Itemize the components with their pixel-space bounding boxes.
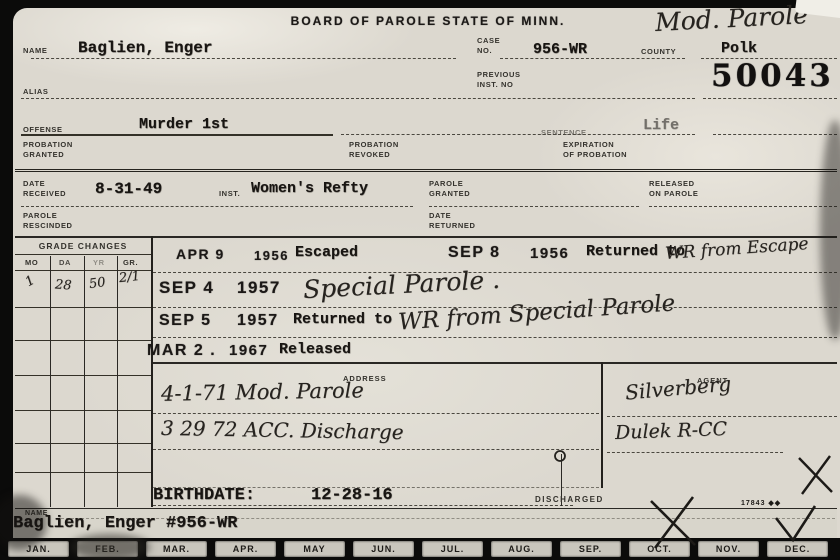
rule-line xyxy=(153,413,599,414)
log-entry-returned-parole-handwriting: WR from Special Parole xyxy=(397,290,676,335)
month-tab-jun: JUN. xyxy=(353,541,414,557)
address-row-mod-parole: 4-1-71 Mod. Parole xyxy=(161,378,364,406)
month-tab-label: JUL. xyxy=(441,544,465,554)
rule-line xyxy=(21,206,413,207)
inmate-number-stamp: 50043 xyxy=(711,58,834,94)
log-entry-escape-date-stamp: APR 9 xyxy=(176,246,225,262)
grade-column-divider xyxy=(117,256,118,507)
grade-column-divider xyxy=(84,256,85,507)
probation-granted-label: PROBATION GRANTED xyxy=(23,140,73,160)
rule-line xyxy=(649,206,837,207)
date-received-value: 8-31-49 xyxy=(95,180,162,198)
county-value: Polk xyxy=(721,40,757,57)
rule-line xyxy=(703,98,837,99)
sentence-label: SENTENCE xyxy=(541,128,587,138)
rule-line xyxy=(15,472,151,473)
log-entry-escape-text: Escaped xyxy=(295,244,358,261)
grade-table-right-border xyxy=(151,236,153,507)
month-tab-aug: AUG. xyxy=(491,541,552,557)
grade-column-gr: GR. xyxy=(123,258,138,268)
log-entry-special-parole-year-stamp: 1957 xyxy=(237,278,281,298)
county-label: COUNTY xyxy=(641,47,676,57)
month-tab-label: JUN. xyxy=(371,544,396,554)
expiration-of-probation-label: EXPIRATION OF PROBATION xyxy=(563,140,627,160)
grade-cell-month: 1 xyxy=(23,273,38,290)
released-on-parole-label: RELEASED ON PAROLE xyxy=(649,179,698,199)
name-value: Baglien, Enger xyxy=(78,39,212,57)
birthdate-value: 12-28-16 xyxy=(311,486,393,505)
log-entry-returned-parole-date-stamp: SEP 5 xyxy=(159,312,212,330)
month-tab-mar: MAR. xyxy=(146,541,207,557)
log-entry-returned-escape-date-stamp: SEP 8 xyxy=(448,244,501,262)
month-tab-sep: SEP. xyxy=(560,541,621,557)
grade-cell-grade: 2/1 xyxy=(118,269,140,286)
log-entry-returned-escape-handwriting: WR from Escape xyxy=(664,234,809,264)
parole-rescinded-label: PAROLE RESCINDED xyxy=(23,211,73,231)
grade-column-yr: YR xyxy=(93,258,105,268)
rule-line xyxy=(433,98,695,99)
sentence-value: Life xyxy=(643,117,679,134)
rule-line xyxy=(713,134,837,135)
rule-line xyxy=(15,307,151,308)
discharged-label: DISCHARGED xyxy=(535,495,604,505)
rule-line xyxy=(15,254,151,255)
offense-value: Murder 1st xyxy=(139,116,229,133)
log-entry-released-text: Released xyxy=(279,341,351,358)
month-tab-jan: JAN. xyxy=(8,541,69,557)
scanned-parole-card-page: BOARD OF PAROLE STATE OF MINN. Mod. Paro… xyxy=(0,0,840,560)
page-title: BOARD OF PAROLE STATE OF MINN. xyxy=(253,14,603,28)
rule-line xyxy=(15,169,837,172)
month-tab-label: DEC. xyxy=(785,544,811,554)
log-entry-released-year-stamp: 1967 xyxy=(229,342,268,359)
previous-inst-label: PREVIOUS INST. NO xyxy=(477,70,521,90)
rule-line xyxy=(607,452,783,453)
inst-label: INST. xyxy=(219,189,240,199)
rule-line xyxy=(15,375,151,376)
rule-line xyxy=(153,505,573,506)
log-entry-returned-escape-year-stamp: 1956 xyxy=(530,245,569,262)
grade-cell-year: 50 xyxy=(88,275,106,292)
month-tab-label: MAY xyxy=(303,544,325,554)
footer-name-value: Baglien, Enger #956-WR xyxy=(13,514,237,533)
month-tab-label: SEP. xyxy=(579,544,602,554)
month-tab-label: MAR. xyxy=(163,544,190,554)
address-row-acc-discharge: 3 29 72 ACC. Discharge xyxy=(161,416,404,444)
month-tab-feb: FEB. xyxy=(77,541,138,557)
month-tab-label: JAN. xyxy=(26,544,51,554)
log-entry-returned-parole-text: Returned to xyxy=(293,311,392,328)
month-tab-label: FEB. xyxy=(95,544,120,554)
month-tab-label: NOV. xyxy=(716,544,741,554)
rule-line xyxy=(15,410,151,411)
month-tab-label: APR. xyxy=(233,544,259,554)
handwritten-circle-mark xyxy=(552,448,568,464)
inst-value: Women's Refty xyxy=(251,180,368,197)
name-label: NAME xyxy=(23,46,47,56)
rule-line xyxy=(429,206,639,207)
handwritten-check-mark xyxy=(772,502,818,544)
parole-record-card: BOARD OF PAROLE STATE OF MINN. Mod. Paro… xyxy=(13,8,840,538)
rule-line xyxy=(21,98,429,99)
rule-line xyxy=(15,236,837,238)
log-entry-special-parole-date-stamp: SEP 4 xyxy=(159,278,214,298)
agent-name-silverberg: Silverberg xyxy=(624,371,732,404)
handwritten-x-mark xyxy=(645,495,705,550)
log-entry-returned-parole-year-stamp: 1957 xyxy=(237,312,279,330)
rule-line xyxy=(15,340,151,341)
rule-line xyxy=(15,443,151,444)
address-agent-divider xyxy=(601,362,603,488)
grade-changes-title: GRADE CHANGES xyxy=(15,241,151,252)
handwritten-mod-parole-note: Mod. Parole xyxy=(654,0,808,37)
parole-granted-label: PAROLE GRANTED xyxy=(429,179,470,199)
month-tab-may: MAY xyxy=(284,541,345,557)
birthdate-label: BIRTHDATE: xyxy=(153,486,255,505)
grade-cell-day: 28 xyxy=(54,277,72,293)
rule-line xyxy=(563,134,695,135)
rule-line xyxy=(31,58,456,59)
log-entry-released-date-stamp: MAR 2 . xyxy=(147,342,216,360)
rule-line xyxy=(153,337,837,338)
agent-name-dulek: Dulek R-CC xyxy=(615,418,728,444)
alias-label: ALIAS xyxy=(23,87,49,97)
grade-column-mo: MO xyxy=(25,258,38,268)
log-entry-special-parole-handwriting: Special Parole . xyxy=(302,265,500,304)
month-tab-apr: APR. xyxy=(215,541,276,557)
rule-line xyxy=(500,58,685,59)
month-tab-jul: JUL. xyxy=(422,541,483,557)
month-tab-label: AUG. xyxy=(508,544,535,554)
handwritten-x-mark xyxy=(794,452,838,496)
grade-column-divider xyxy=(50,256,51,507)
month-tab-nov: NOV. xyxy=(698,541,759,557)
date-received-label: DATE RECEIVED xyxy=(23,179,66,199)
case-number-label: CASE NO. xyxy=(477,36,500,56)
rule-line xyxy=(341,134,561,135)
grade-column-da: DA xyxy=(59,258,71,268)
rule-line xyxy=(153,449,599,450)
date-returned-label: DATE RETURNED xyxy=(429,211,475,231)
log-entry-escape-year-stamp: 1956 xyxy=(254,248,289,263)
probation-revoked-label: PROBATION REVOKED xyxy=(349,140,399,160)
rule-line xyxy=(607,416,837,417)
rule-line xyxy=(153,362,837,364)
case-number-value: 956-WR xyxy=(533,41,587,58)
rule-line xyxy=(21,134,333,136)
